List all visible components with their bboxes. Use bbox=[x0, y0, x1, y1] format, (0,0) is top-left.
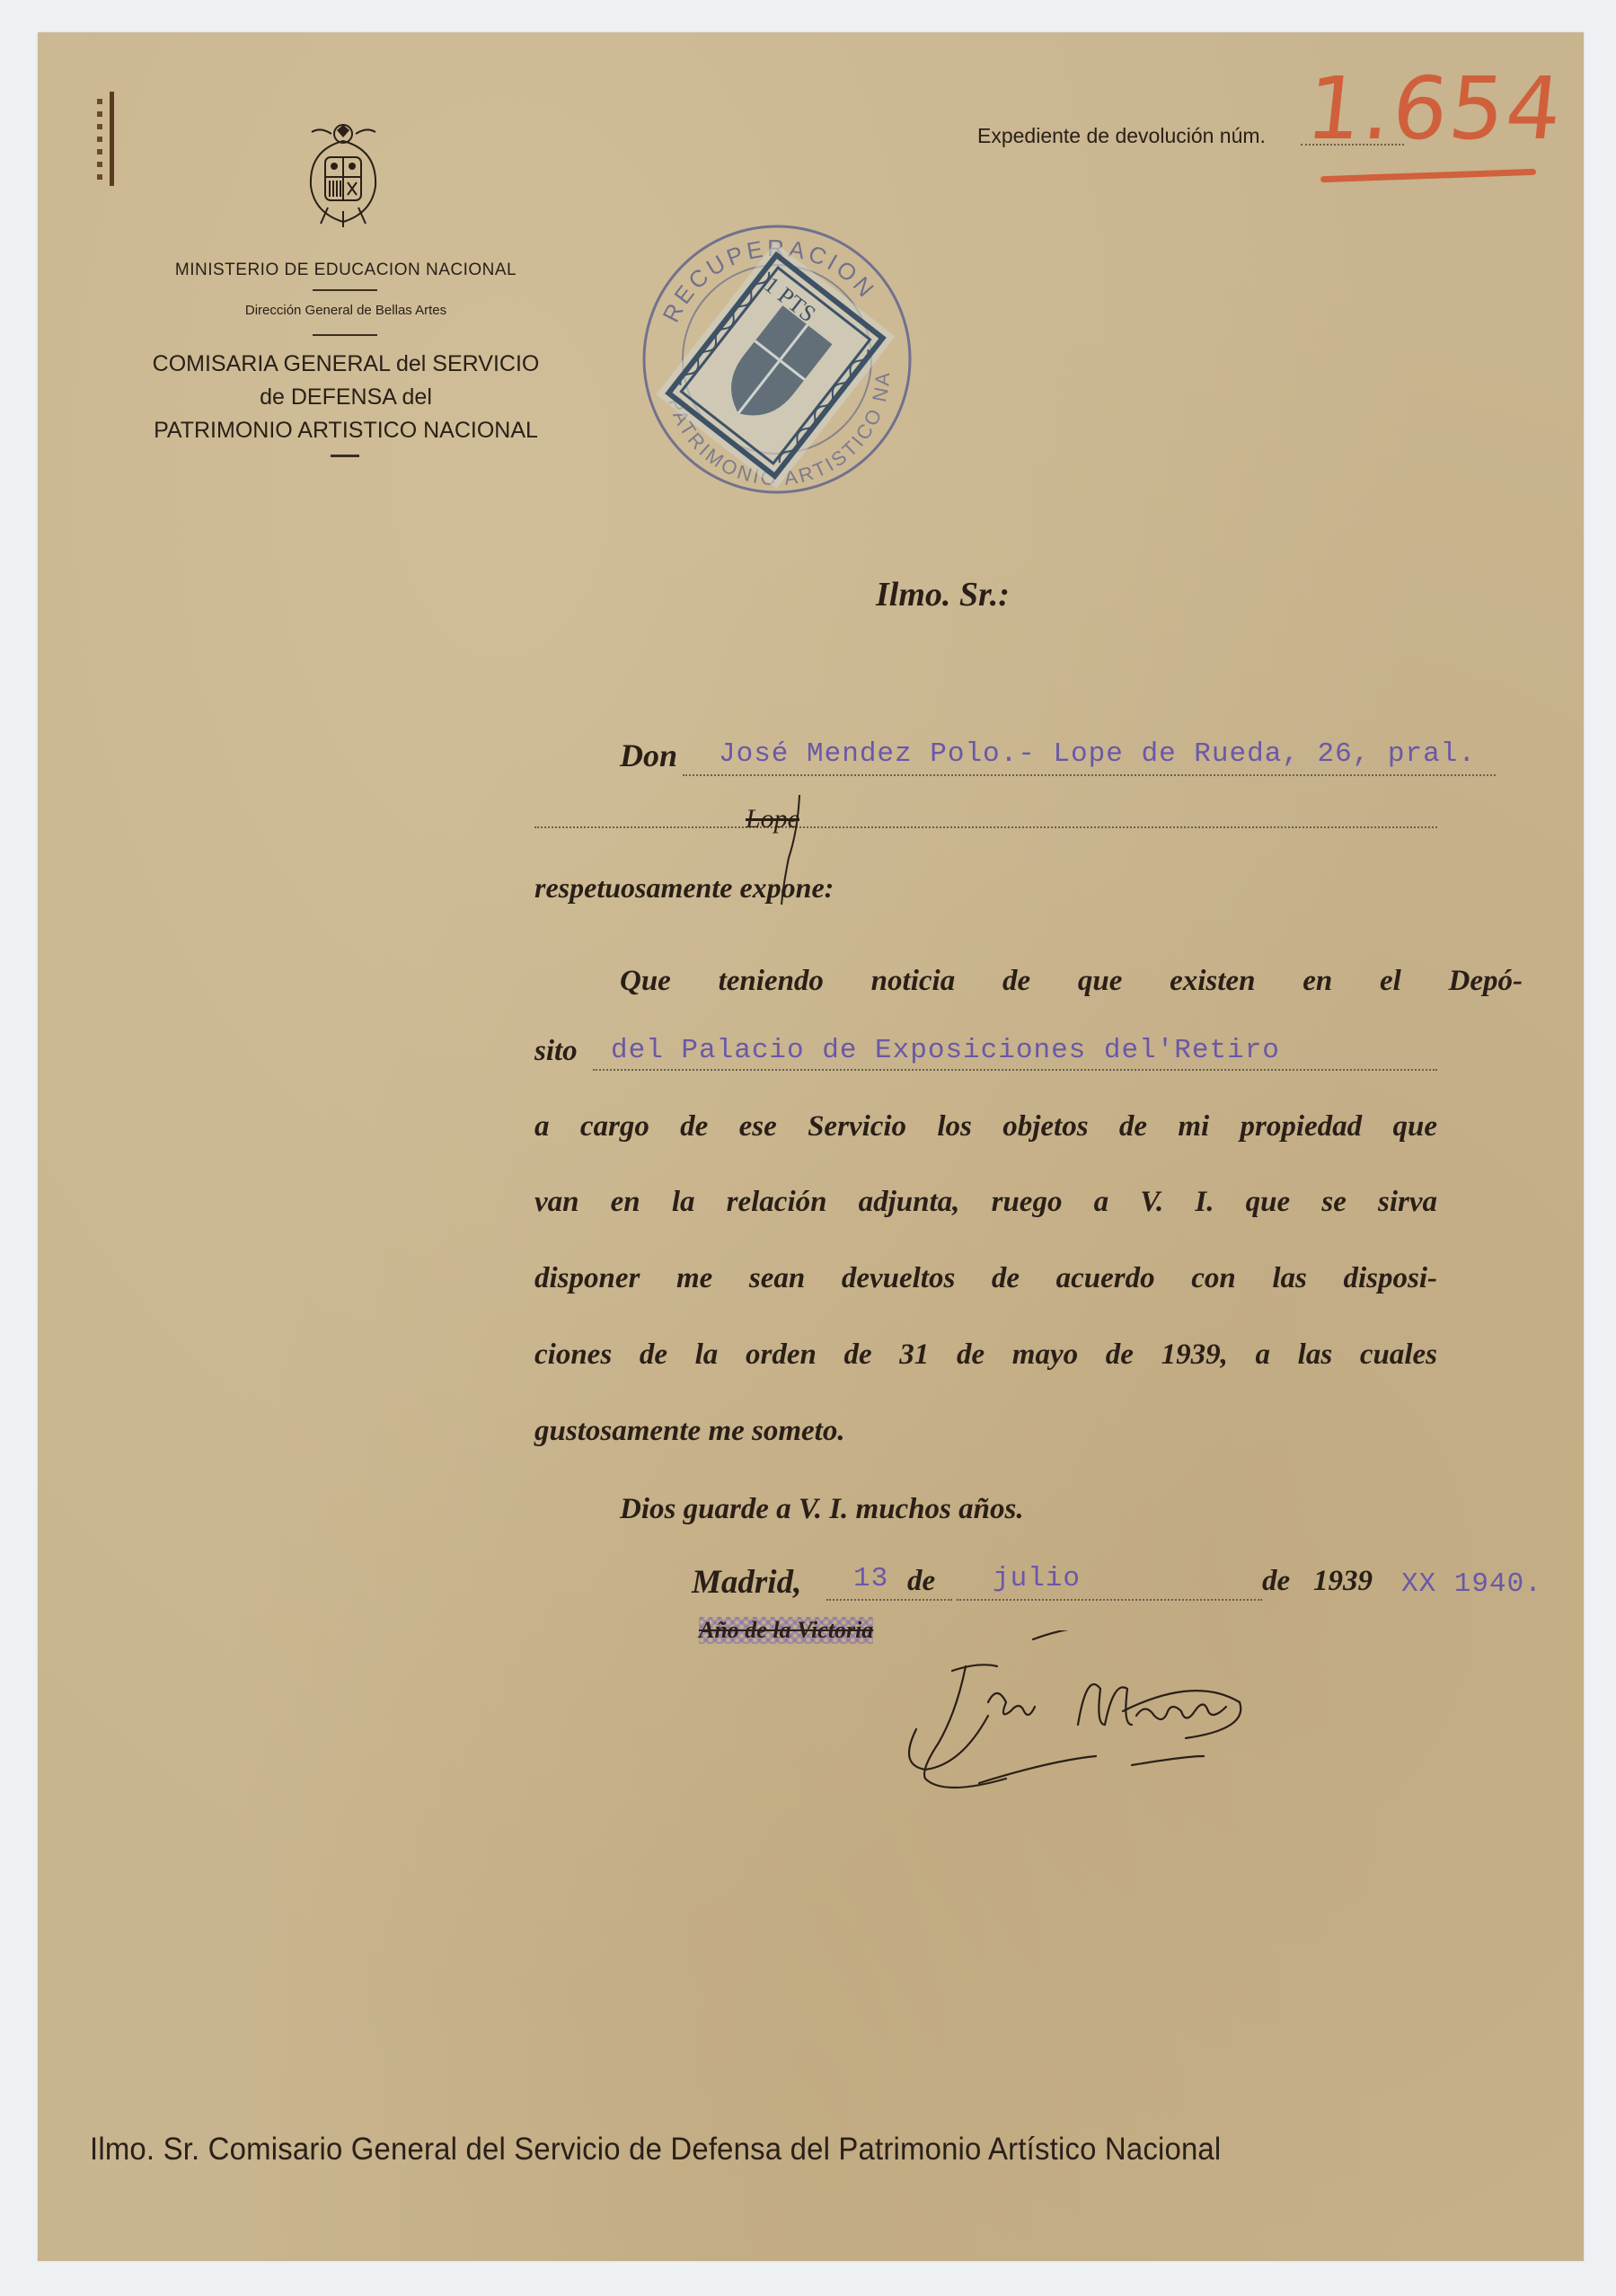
date-day-typed: 13 bbox=[826, 1563, 888, 1594]
date-de-label: de bbox=[907, 1565, 935, 1598]
paragraph-line-3: van en la relación adjunta, ruego a V. I… bbox=[534, 1186, 1437, 1219]
paragraph-line-5: ciones de la orden de 31 de mayo de 1939… bbox=[534, 1338, 1437, 1372]
closing-formula: Dios guarde a V. I. muchos años. bbox=[620, 1493, 1024, 1526]
applicant-field: José Mendez Polo.- Lope de Rueda, 26, pr… bbox=[683, 738, 1496, 776]
spanish-coat-of-arms-icon bbox=[301, 121, 386, 234]
ministry-name: MINISTERIO DE EDUCACION NACIONAL bbox=[135, 261, 557, 280]
recovery-seal-stamp-icon: RECUPERACION PATRIMONIO ARTISTICO NACION… bbox=[629, 216, 925, 512]
don-label: Don bbox=[620, 737, 677, 774]
deposit-location-typed-text: del Palacio de Exposiciones del'Retiro bbox=[593, 1035, 1280, 1066]
svg-text:José Mendez: José Mendez bbox=[898, 1630, 904, 1631]
date-month-typed: julio bbox=[957, 1563, 1081, 1594]
file-number-label: Expediente de devolución núm. bbox=[977, 124, 1266, 148]
applicant-typed-text: José Mendez Polo.- Lope de Rueda, 26, pr… bbox=[683, 738, 1476, 770]
directorate-name: Dirección General de Bellas Artes bbox=[135, 303, 557, 318]
commission-line-2: de DEFENSA del bbox=[135, 381, 557, 414]
date-de-label: de bbox=[1262, 1565, 1290, 1598]
commission-line-3: PATRIMONIO ARTISTICO NACIONAL bbox=[135, 414, 557, 447]
margin-pencil-mark bbox=[110, 92, 114, 186]
header-divider bbox=[313, 334, 377, 336]
paragraph-line-6: gustosamente me someto. bbox=[534, 1415, 845, 1448]
date-city: Madrid, bbox=[692, 1563, 801, 1602]
deposit-location-field: del Palacio de Exposiciones del'Retiro bbox=[593, 1035, 1437, 1071]
margin-dotted-mark bbox=[97, 99, 102, 180]
sito-label: sito bbox=[534, 1035, 578, 1068]
file-number-handwritten: 1.654 bbox=[1302, 58, 1568, 159]
paragraph-line-2: a cargo de ese Servicio los objetos de m… bbox=[534, 1110, 1437, 1144]
date-month-field: julio bbox=[957, 1563, 1262, 1601]
struck-ano-de-la-victoria: Año de la Victoria bbox=[699, 1617, 873, 1644]
expone-text: respetuosamente expone: bbox=[534, 871, 834, 905]
header-divider bbox=[331, 455, 359, 457]
paragraph-line-1: Que teniendo noticia de que existen en e… bbox=[534, 965, 1523, 998]
commission-line-1: COMISARIA GENERAL del SERVICIO bbox=[135, 348, 557, 381]
header-divider bbox=[313, 289, 377, 291]
salutation: Ilmo. Sr.: bbox=[876, 575, 1010, 614]
date-year-printed: 1939 bbox=[1313, 1565, 1373, 1598]
footer-addressee: Ilmo. Sr. Comisario General del Servicio… bbox=[90, 2132, 1221, 2168]
commission-name: COMISARIA GENERAL del SERVICIO de DEFENS… bbox=[135, 348, 557, 447]
date-year-typed: XX 1940. bbox=[1401, 1568, 1542, 1600]
handwritten-signature: José Mendez bbox=[898, 1630, 1365, 1792]
paragraph-line-4: disponer me sean devueltos de acuerdo co… bbox=[534, 1262, 1437, 1295]
blank-field-line bbox=[534, 826, 1437, 828]
